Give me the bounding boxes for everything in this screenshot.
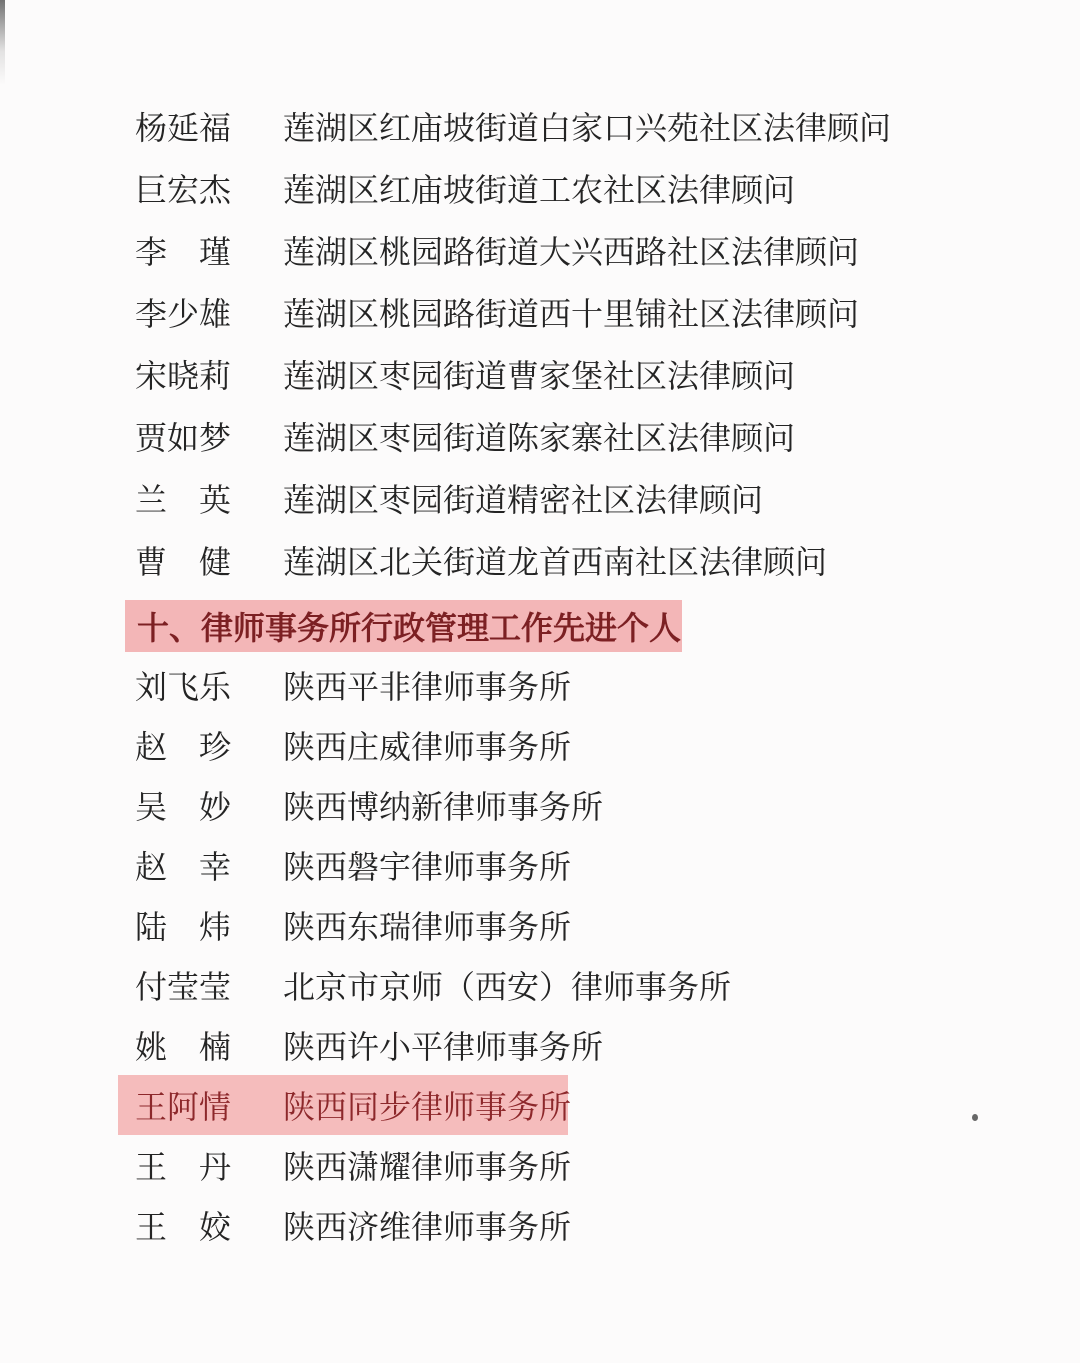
person-name: 赵 珍	[135, 722, 231, 768]
list-item: 姚 楠 陕西许小平律师事务所	[135, 1015, 891, 1075]
list-item: 杨延福 莲湖区红庙坡街道白家口兴苑社区法律顾问	[135, 95, 891, 157]
list-item-highlighted: 王阿情 陕西同步律师事务所	[118, 1075, 568, 1135]
list-item: 王 丹 陕西潇耀律师事务所	[135, 1135, 891, 1195]
list-item: 陆 炜 陕西东瑞律师事务所	[135, 895, 891, 955]
list-item: 赵 幸 陕西磐宇律师事务所	[135, 835, 891, 895]
person-name: 姚 楠	[135, 1022, 231, 1068]
person-org: 莲湖区红庙坡街道工农社区法律顾问	[283, 165, 795, 211]
list-item: 李 瑾 莲湖区桃园路街道大兴西路社区法律顾问	[135, 219, 891, 281]
award-list: 杨延福 莲湖区红庙坡街道白家口兴苑社区法律顾问 巨宏杰 莲湖区红庙坡街道工农社区…	[135, 95, 891, 1255]
person-name: 贾如梦	[135, 413, 231, 459]
person-org: 陕西济维律师事务所	[283, 1202, 571, 1248]
list-item: 李少雄 莲湖区桃园路街道西十里铺社区法律顾问	[135, 281, 891, 343]
person-name: 王阿情	[135, 1082, 231, 1128]
list-item: 刘飞乐 陕西平非律师事务所	[135, 655, 891, 715]
list-item: 贾如梦 莲湖区枣园街道陈家寨社区法律顾问	[135, 405, 891, 467]
list-item: 吴 妙 陕西博纳新律师事务所	[135, 775, 891, 835]
person-name: 王 丹	[135, 1142, 231, 1188]
scanned-document-page: 杨延福 莲湖区红庙坡街道白家口兴苑社区法律顾问 巨宏杰 莲湖区红庙坡街道工农社区…	[0, 0, 1080, 1363]
person-name: 兰 英	[135, 475, 231, 521]
person-name: 付莹莹	[135, 962, 231, 1008]
person-org: 陕西潇耀律师事务所	[283, 1142, 571, 1188]
person-org: 陕西庄威律师事务所	[283, 722, 571, 768]
person-org: 陕西博纳新律师事务所	[283, 782, 603, 828]
person-name: 李少雄	[135, 289, 231, 335]
person-name: 王 姣	[135, 1202, 231, 1248]
person-name: 曹 健	[135, 537, 231, 583]
list-item: 兰 英 莲湖区枣园街道精密社区法律顾问	[135, 467, 891, 529]
person-org: 莲湖区桃园路街道大兴西路社区法律顾问	[283, 227, 859, 273]
person-org: 陕西平非律师事务所	[283, 662, 571, 708]
person-org: 莲湖区枣园街道曹家堡社区法律顾问	[283, 351, 795, 397]
person-org: 莲湖区枣园街道精密社区法律顾问	[283, 475, 763, 521]
photo-edge-artifact	[0, 0, 5, 85]
person-name: 陆 炜	[135, 902, 231, 948]
person-org: 莲湖区枣园街道陈家寨社区法律顾问	[283, 413, 795, 459]
person-org: 北京市京师（西安）律师事务所	[283, 962, 731, 1008]
person-org: 莲湖区北关街道龙首西南社区法律顾问	[283, 537, 827, 583]
person-name: 李 瑾	[135, 227, 231, 273]
person-org: 陕西东瑞律师事务所	[283, 902, 571, 948]
person-name: 赵 幸	[135, 842, 231, 888]
list-item: 曹 健 莲湖区北关街道龙首西南社区法律顾问	[135, 529, 891, 591]
person-name: 刘飞乐	[135, 662, 231, 708]
person-name: 宋晓莉	[135, 351, 231, 397]
person-org: 陕西磐宇律师事务所	[283, 842, 571, 888]
section-heading-law-firm-admin-advanced-individuals: 十、律师事务所行政管理工作先进个人	[125, 600, 682, 652]
ink-speck	[972, 1114, 978, 1121]
section-community-legal-advisors: 杨延福 莲湖区红庙坡街道白家口兴苑社区法律顾问 巨宏杰 莲湖区红庙坡街道工农社区…	[135, 95, 891, 591]
section-law-firm-admin: 刘飞乐 陕西平非律师事务所 赵 珍 陕西庄威律师事务所 吴 妙 陕西博纳新律师事…	[135, 655, 891, 1255]
person-org: 莲湖区红庙坡街道白家口兴苑社区法律顾问	[283, 103, 891, 149]
list-item: 宋晓莉 莲湖区枣园街道曹家堡社区法律顾问	[135, 343, 891, 405]
list-item: 王 姣 陕西济维律师事务所	[135, 1195, 891, 1255]
person-org: 陕西同步律师事务所	[283, 1082, 571, 1128]
list-item: 巨宏杰 莲湖区红庙坡街道工农社区法律顾问	[135, 157, 891, 219]
person-org: 陕西许小平律师事务所	[283, 1022, 603, 1068]
person-name: 吴 妙	[135, 782, 231, 828]
person-org: 莲湖区桃园路街道西十里铺社区法律顾问	[283, 289, 859, 335]
list-item: 赵 珍 陕西庄威律师事务所	[135, 715, 891, 775]
person-name: 巨宏杰	[135, 165, 231, 211]
list-item: 付莹莹 北京市京师（西安）律师事务所	[135, 955, 891, 1015]
person-name: 杨延福	[135, 103, 231, 149]
